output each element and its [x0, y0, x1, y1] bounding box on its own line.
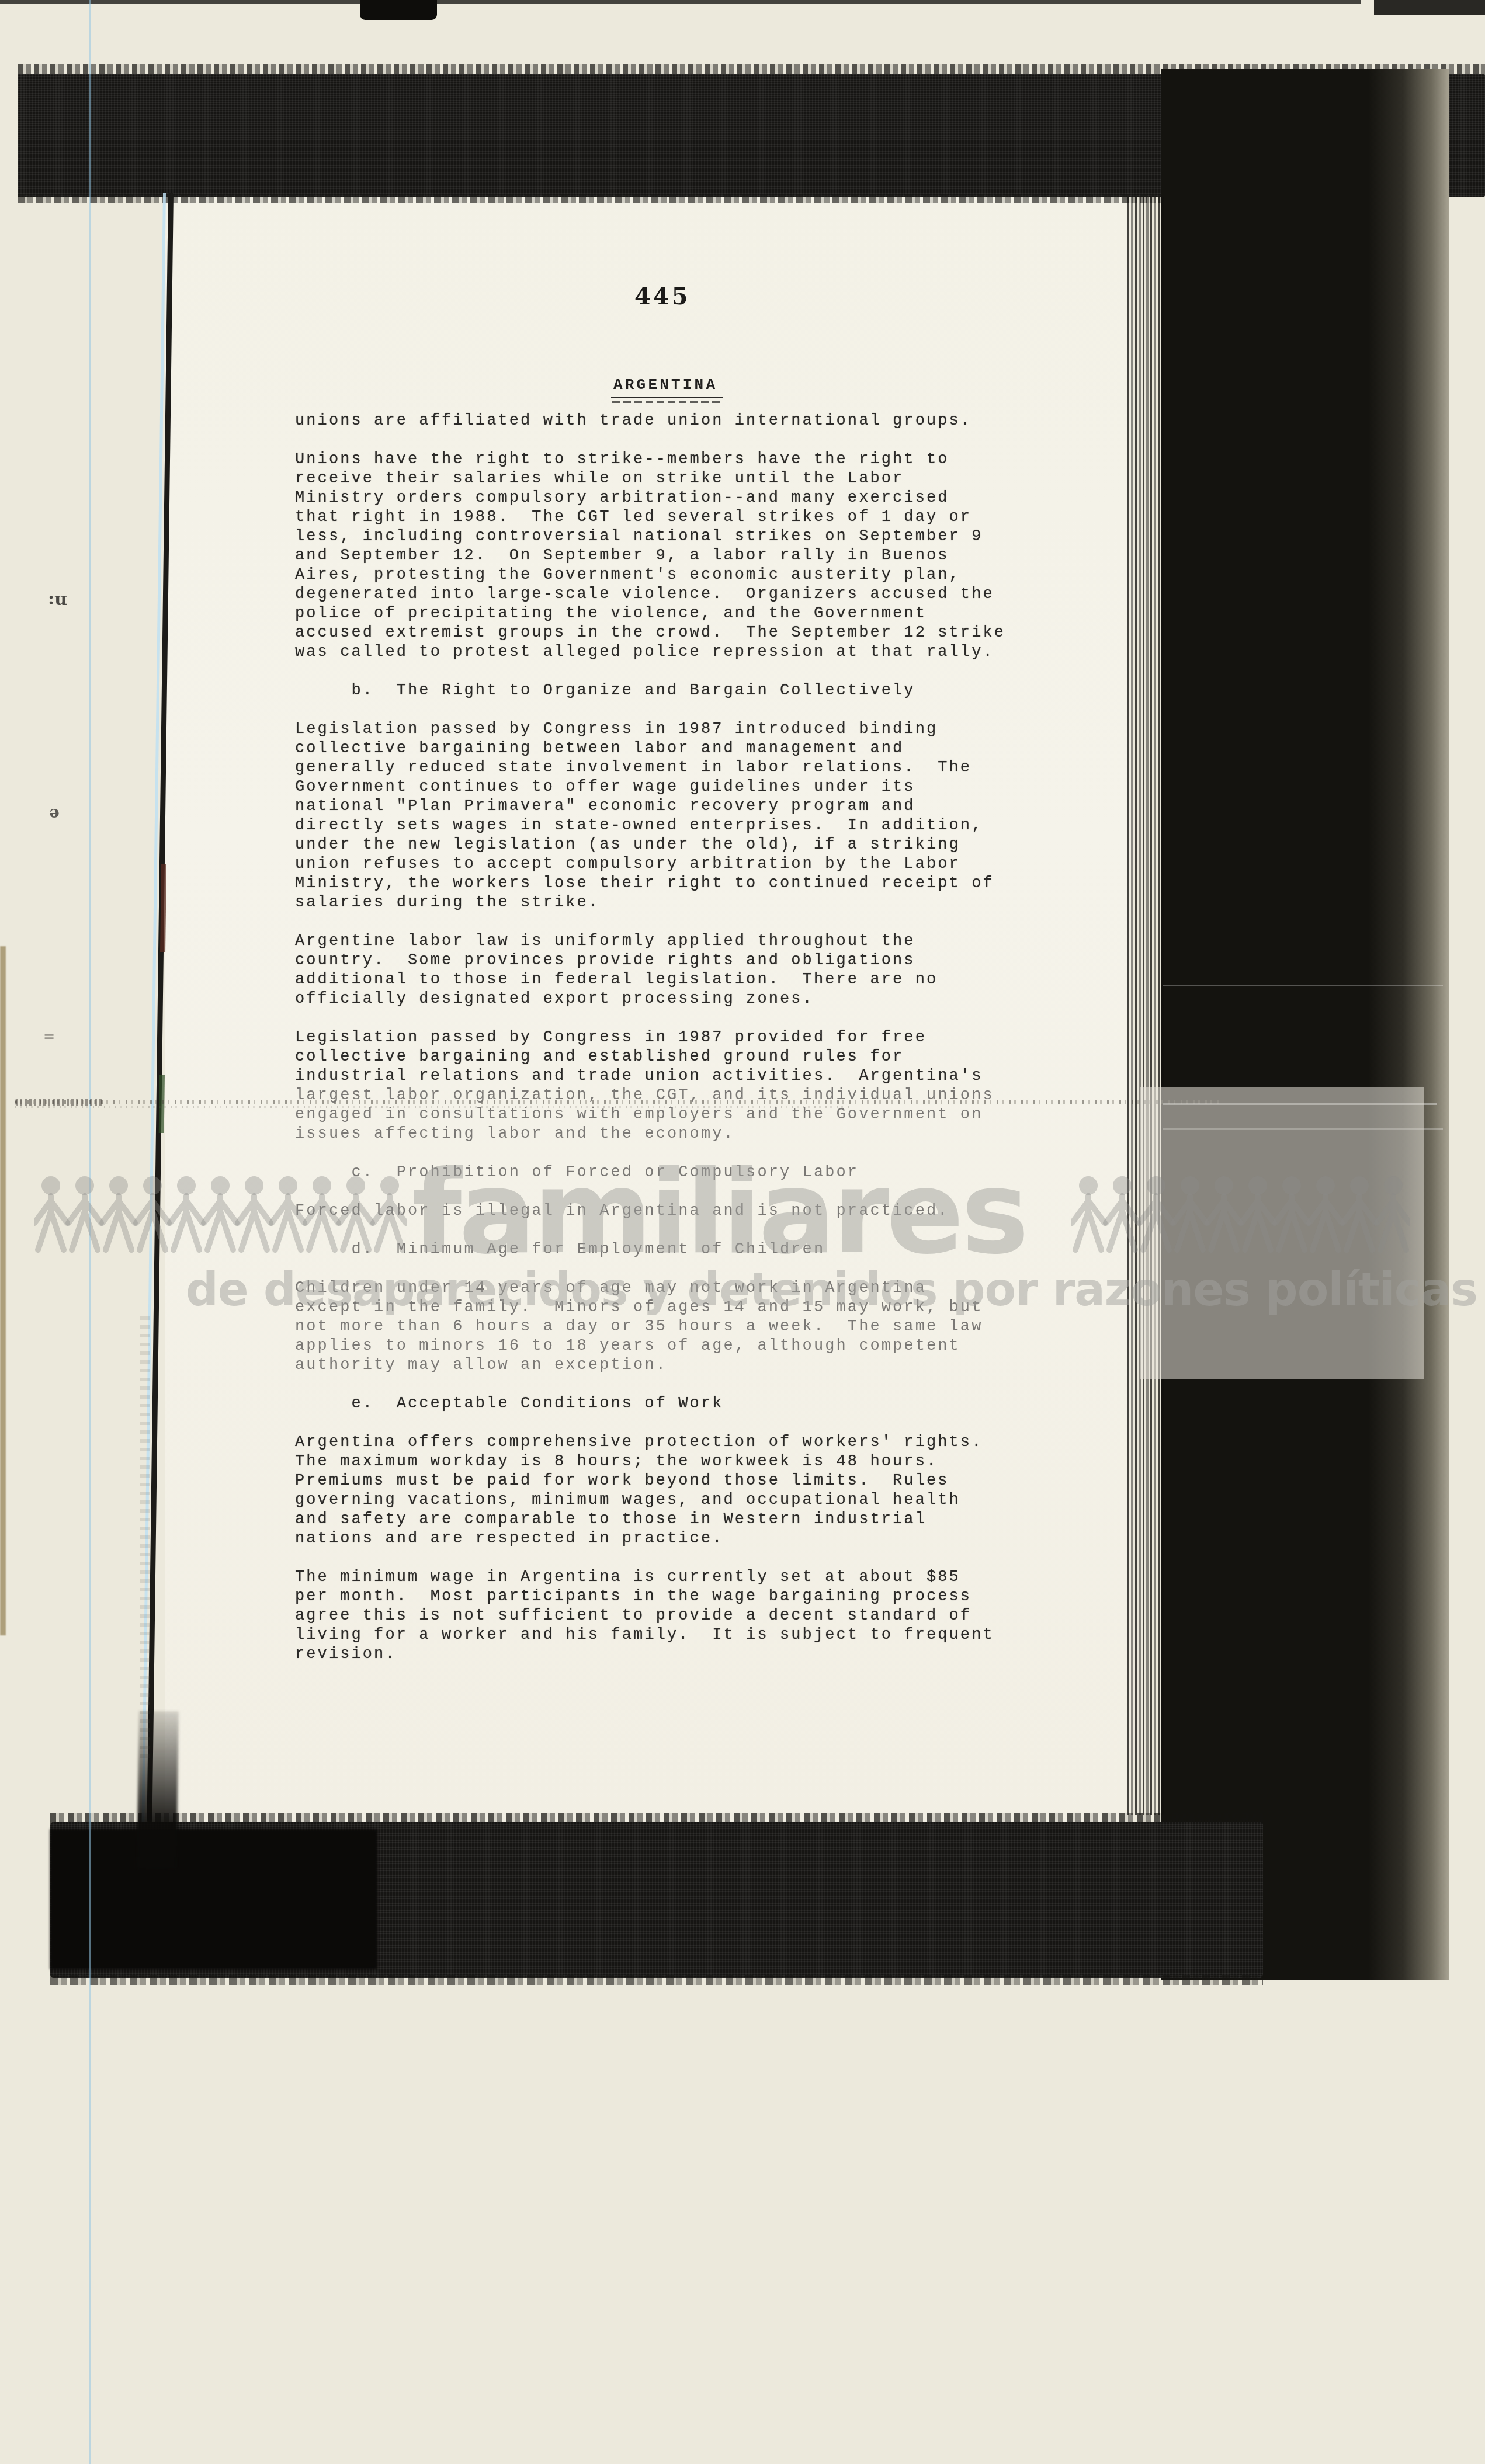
text-line: The maximum workday is 8 hours; the work…	[295, 1452, 938, 1472]
text-line: issues affecting labor and the economy.	[295, 1125, 735, 1144]
text-line: Premiums must be paid for work beyond th…	[295, 1472, 949, 1491]
text-line: directly sets wages in state-owned enter…	[295, 816, 983, 836]
text-line: living for a worker and his family. It i…	[295, 1626, 994, 1645]
text-line: collective bargaining and established gr…	[295, 1048, 904, 1067]
text-line: and safety are comparable to those in We…	[295, 1510, 927, 1530]
spine-pencil-fuzz	[140, 1314, 150, 1758]
page-number: 445	[634, 283, 691, 310]
paper-doll-figures	[34, 1173, 407, 1257]
text-line: Legislation passed by Congress in 1987 p…	[295, 1028, 927, 1048]
text-line: Legislation passed by Congress in 1987 i…	[295, 720, 938, 739]
text-line: revision.	[295, 1645, 397, 1664]
stray-margin-mark: e	[49, 805, 60, 824]
scan-band-fuzz	[18, 194, 1163, 203]
text-line: applies to minors 16 to 18 years of age,…	[295, 1337, 960, 1356]
text-line: national "Plan Primavera" economic recov…	[295, 797, 915, 816]
text-line: Government continues to offer wage guide…	[295, 778, 915, 797]
text-line: agree this is not sufficient to provide …	[295, 1607, 972, 1626]
text-line: country. Some provinces provide rights a…	[295, 951, 915, 971]
text-line: Unions have the right to strike--members…	[295, 450, 949, 470]
text-line: Argentina offers comprehensive protectio…	[295, 1433, 983, 1452]
scanned-document-page: 445 ARGENTINA unions are affiliated with…	[0, 0, 1485, 2464]
country-heading: ARGENTINA	[613, 376, 717, 394]
scan-top-tab-artifact	[360, 0, 437, 20]
text-line: degenerated into large-scale violence. O…	[295, 585, 994, 604]
text-line: Argentine labor law is uniformly applied…	[295, 932, 915, 951]
left-edge-shadow	[0, 946, 6, 1635]
text-line: police of precipitating the violence, an…	[295, 604, 927, 624]
text-line: unions are affiliated with trade union i…	[295, 412, 972, 431]
text-line: Aires, protesting the Government's econo…	[295, 566, 960, 585]
text-line: and September 12. On September 9, a labo…	[295, 547, 949, 566]
text-line: officially designated export processing …	[295, 990, 814, 1009]
text-line: collective bargaining between labor and …	[295, 739, 904, 759]
text-line: industrial relations and trade union act…	[295, 1067, 983, 1086]
text-line: less, including controversial national s…	[295, 527, 983, 547]
text-line: nations and are respected in practice.	[295, 1530, 724, 1549]
text-line: per month. Most participants in the wage…	[295, 1587, 972, 1607]
text-line: governing vacations, minimum wages, and …	[295, 1491, 960, 1510]
spine-bottom-smear	[137, 1711, 179, 1869]
scan-top-edge-artifact	[0, 0, 1361, 4]
text-line: under the new legislation (as under the …	[295, 836, 960, 855]
text-line: accused extremist groups in the crowd. T…	[295, 624, 1005, 643]
stray-margin-mark: =	[43, 1028, 55, 1045]
section-heading-line: c. Prohibition of Forced or Compulsory L…	[352, 1163, 859, 1183]
text-line: Ministry, the workers lose their right t…	[295, 874, 994, 894]
text-line: additional to those in federal legislati…	[295, 971, 938, 990]
heading-underline-dashed	[612, 401, 722, 403]
text-line: Children under 14 years of age may not w…	[295, 1279, 927, 1298]
scan-scratch-line	[1163, 985, 1443, 986]
section-heading-line: b. The Right to Organize and Bargain Col…	[352, 682, 915, 701]
spine-color-fringe	[159, 1075, 165, 1133]
page-edge-streaks	[1127, 197, 1164, 1815]
text-line: largest labor organization, the CGT, and…	[295, 1086, 994, 1106]
scan-band-fuzz	[50, 1975, 1263, 1985]
text-line: generally reduced state involvement in l…	[295, 759, 972, 778]
text-line: authority may allow an exception.	[295, 1356, 667, 1375]
text-line: was called to protest alleged police rep…	[295, 643, 994, 662]
scan-top-right-artifact	[1374, 0, 1485, 15]
text-line: salaries during the strike.	[295, 894, 599, 913]
paper-doll-figures	[1071, 1173, 1410, 1257]
text-line: that right in 1988. The CGT led several …	[295, 508, 972, 527]
photocopy-right-band	[1161, 69, 1449, 1980]
stray-margin-mark: n:	[48, 591, 67, 611]
section-heading-line: e. Acceptable Conditions of Work	[352, 1395, 724, 1414]
photocopy-bottom-dark-patch	[50, 1829, 377, 1969]
heading-underline	[611, 397, 723, 398]
text-line: not more than 6 hours a day or 35 hours …	[295, 1318, 983, 1337]
section-heading-line: d. Minimum Age for Employment of Childre…	[352, 1240, 825, 1260]
text-line: The minimum wage in Argentina is current…	[295, 1568, 960, 1587]
text-line: engaged in consultations with employers …	[295, 1106, 983, 1125]
fax-noise-row	[15, 1099, 104, 1106]
text-line: receive their salaries while on strike u…	[295, 470, 904, 489]
text-line: union refuses to accept compulsory arbit…	[295, 855, 960, 874]
text-line: Ministry orders compulsory arbitration--…	[295, 489, 949, 508]
text-line: except in the family. Minors of ages 14 …	[295, 1298, 983, 1318]
